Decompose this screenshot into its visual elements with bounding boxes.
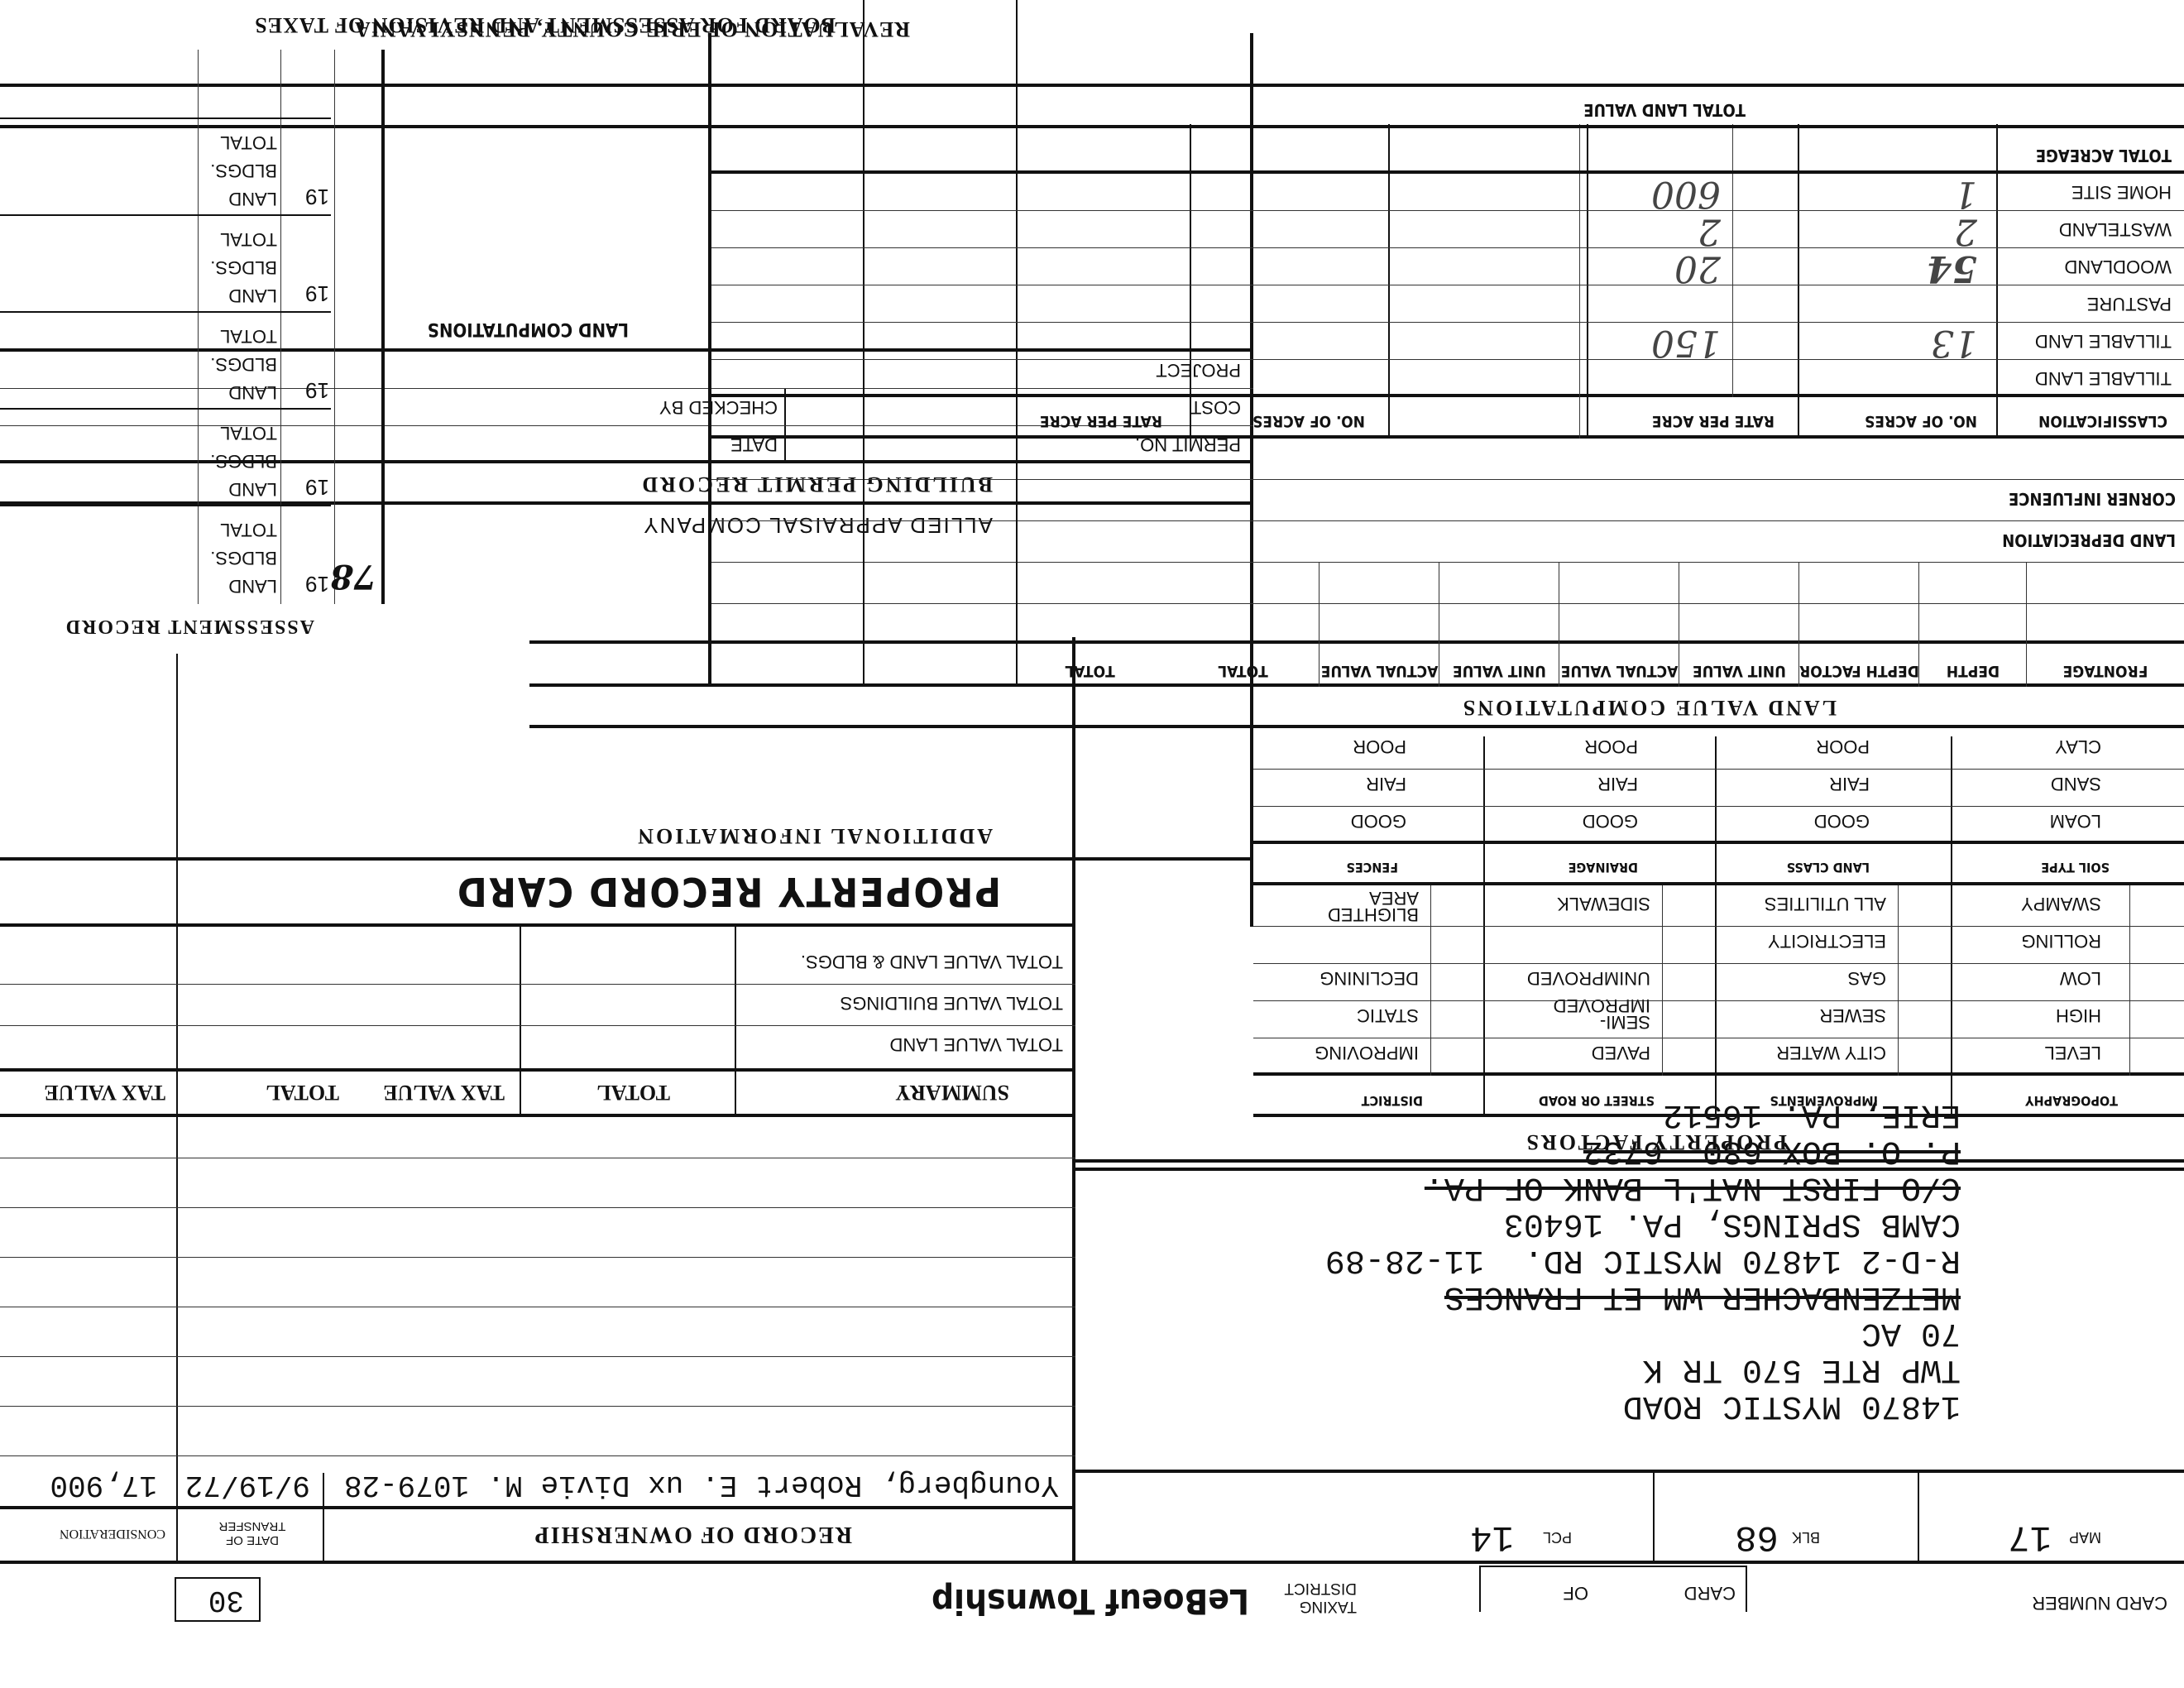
improvements-header: IMPROVEMENTS <box>1770 1093 1879 1109</box>
fences-header: FENCES <box>1347 860 1398 875</box>
assessment-handwritten-year: 78 <box>330 557 376 596</box>
additional-info-title: ADDITIONAL INFORMATION <box>635 823 993 848</box>
board-title: BOARD FOR ASSESSMENT AND REVISION OF TAX… <box>254 12 836 37</box>
property-factors-title: PROPERTY FACTORS <box>1525 1129 1787 1154</box>
factor-semi-improved[interactable]: SEMI-IMPROVED <box>1551 997 1650 1030</box>
soil-loam[interactable]: LOAM <box>2050 810 2101 832</box>
factor-rolling[interactable]: ROLLING <box>2021 930 2101 952</box>
summary-title: SUMMARY <box>895 1080 1009 1105</box>
land-value-title: LAND VALUE COMPUTATIONS <box>1461 695 1837 720</box>
factor-unimproved[interactable]: UNIMPROVED <box>1527 967 1650 989</box>
pcl-label: PCL <box>1543 1528 1572 1546</box>
drainage-good[interactable]: GOOD <box>1583 810 1638 832</box>
class-wasteland: WASTELAND <box>2059 218 2172 240</box>
summary-total-header: TOTAL <box>596 1080 670 1105</box>
factor-high[interactable]: HIGH <box>2056 1005 2101 1026</box>
assessment-title: ASSESSMENT RECORD <box>65 615 314 637</box>
consideration-value: 17,900 <box>50 1468 157 1502</box>
transfer-date: 9/19/72 <box>185 1468 310 1502</box>
soil-sand[interactable]: SAND <box>2051 773 2101 794</box>
permit-cost-label: COST <box>1190 396 1241 418</box>
blk-value: 68 <box>1735 1516 1779 1557</box>
factor-level[interactable]: LEVEL <box>2045 1042 2102 1063</box>
land-depreciation-label: LAND DEPRECIATION <box>2002 530 2176 550</box>
class-tillable-2: TILLABLE LAND <box>2035 330 2172 352</box>
summary-total-header-2: TOTAL <box>266 1080 339 1105</box>
pcl-value: 14 <box>1470 1516 1514 1557</box>
map-value: 17 <box>2008 1516 2052 1557</box>
blk-label: BLK <box>1792 1528 1820 1546</box>
drainage-header: DRAINAGE <box>1569 860 1638 875</box>
land-class-fair[interactable]: FAIR <box>1829 773 1870 794</box>
wasteland-acres: 2 <box>1954 210 1977 252</box>
ownership-title: RECORD OF OWNERSHIP <box>534 1521 852 1547</box>
woodland-acres: 54 <box>1927 247 1977 290</box>
factor-all-utilities[interactable]: ALL UTILITIES <box>1765 893 1886 914</box>
home-site-rate: 600 <box>1651 173 1721 215</box>
acres-header-2: NO. OF ACRES <box>1252 412 1365 430</box>
land-class-poor[interactable]: POOR <box>1816 736 1870 757</box>
land-class-good[interactable]: GOOD <box>1814 810 1870 832</box>
corner-influence-label: CORNER INFLUENCE <box>2009 489 2176 509</box>
factor-sewer[interactable]: SEWER <box>1819 1005 1886 1026</box>
card-number-label: CARD NUMBER <box>2032 1592 2167 1614</box>
fences-good[interactable]: GOOD <box>1351 810 1406 832</box>
owner-name: Youngberg, Robert E. ux Divie M. 1079-28 <box>344 1468 1059 1502</box>
building-permit-title: BUILDING PERMIT RECORD <box>639 472 993 496</box>
factor-city-water[interactable]: CITY WATER <box>1776 1042 1886 1063</box>
rate-header-2: RATE PER ACRE <box>1040 412 1162 430</box>
summary-row-buildings: TOTAL VALUE BUILDINGS <box>841 992 1063 1014</box>
factor-blighted-area[interactable]: BLIGHTED AREA <box>1319 890 1419 923</box>
fences-fair[interactable]: FAIR <box>1366 773 1406 794</box>
class-woodland: WOODLAND <box>2064 256 2172 277</box>
home-site-acres: 1 <box>1954 173 1977 215</box>
soil-type-header: SOIL TYPE <box>2041 860 2110 875</box>
street-road-header: STREET OR ROAD <box>1539 1093 1655 1109</box>
factor-electricity[interactable]: ELECTRICITY <box>1768 930 1886 952</box>
card-title: PROPERTY RECORD CARD <box>456 868 1001 914</box>
factor-swampy[interactable]: SWAMPY <box>2021 893 2101 914</box>
district-header: DISTRICT <box>1362 1093 1423 1109</box>
summary-tax-value-header: TAX VALUE <box>383 1080 505 1105</box>
acres-header: NO. OF ACRES <box>1865 412 1977 430</box>
number-box: 30 <box>175 1577 261 1622</box>
summary-tax-value-header-2: TAX VALUE <box>44 1080 165 1105</box>
factor-sidewalk[interactable]: SIDEWALK <box>1557 893 1650 914</box>
class-tillable-1: TILLABLE LAND <box>2035 367 2172 389</box>
woodland-rate: 20 <box>1674 247 1721 290</box>
company-name: ALLIED APPRAISAL COMPANY <box>642 512 993 538</box>
factor-gas[interactable]: GAS <box>1848 967 1886 989</box>
total-land-value-label: TOTAL LAND VALUE <box>1583 100 1746 120</box>
land-class-header: LAND CLASS <box>1787 860 1870 875</box>
total-acreage-label: TOTAL ACREAGE <box>2036 146 2172 165</box>
taxing-district: LeBoeuf Township <box>932 1581 1249 1622</box>
land-value-column-headers: FRONTAGE DEPTH DEPTH FACTOR UNIT VALUE A… <box>716 644 2184 680</box>
permit-project-label: PROJECT <box>1156 359 1241 381</box>
property-record-card: REVALUATION OF ERIE COUNTY, PENNSYLVANIA… <box>0 0 2184 1688</box>
consideration-header: CONSIDERATION <box>60 1526 165 1541</box>
factor-low[interactable]: LOW <box>2060 967 2101 989</box>
drainage-fair[interactable]: FAIR <box>1597 773 1638 794</box>
factor-declining[interactable]: DECLINING <box>1319 967 1419 989</box>
taxing-district-label: TAXING DISTRICT <box>1257 1579 1357 1615</box>
summary-row-land-bldgs: TOTAL VALUE LAND & BLDGS. <box>801 951 1063 972</box>
card-label: CARD <box>1684 1582 1736 1604</box>
rate-header: RATE PER ACRE <box>1652 412 1774 430</box>
tillable-rate: 150 <box>1651 322 1721 364</box>
of-label: OF <box>1563 1582 1588 1604</box>
fences-poor[interactable]: POOR <box>1353 736 1406 757</box>
factor-improving[interactable]: IMPROVING <box>1315 1042 1419 1063</box>
classification-header: CLASSIFICATION <box>2038 412 2167 430</box>
factor-paved[interactable]: PAVED <box>1592 1042 1650 1063</box>
drainage-poor[interactable]: POOR <box>1584 736 1638 757</box>
class-home-site: HOME SITE <box>2071 181 2172 203</box>
soil-clay[interactable]: CLAY <box>2055 736 2101 757</box>
tillable-acres: 13 <box>1931 322 1977 364</box>
card-of-box[interactable]: CARD OF <box>1479 1566 1747 1612</box>
map-label: MAP <box>2069 1528 2101 1546</box>
class-pasture: PASTURE <box>2087 293 2172 314</box>
land-computations-label: LAND COMPUTATIONS <box>428 319 629 339</box>
date-of-transfer-header: DATE OF TRANSFER <box>199 1519 306 1547</box>
summary-row-land: TOTAL VALUE LAND <box>890 1033 1063 1055</box>
wasteland-rate: 2 <box>1698 210 1721 252</box>
permit-checked-by-label: CHECKED BY <box>659 396 778 418</box>
factor-static[interactable]: STATIC <box>1357 1005 1419 1026</box>
topography-header: TOPOGRAPHY <box>2025 1093 2118 1109</box>
